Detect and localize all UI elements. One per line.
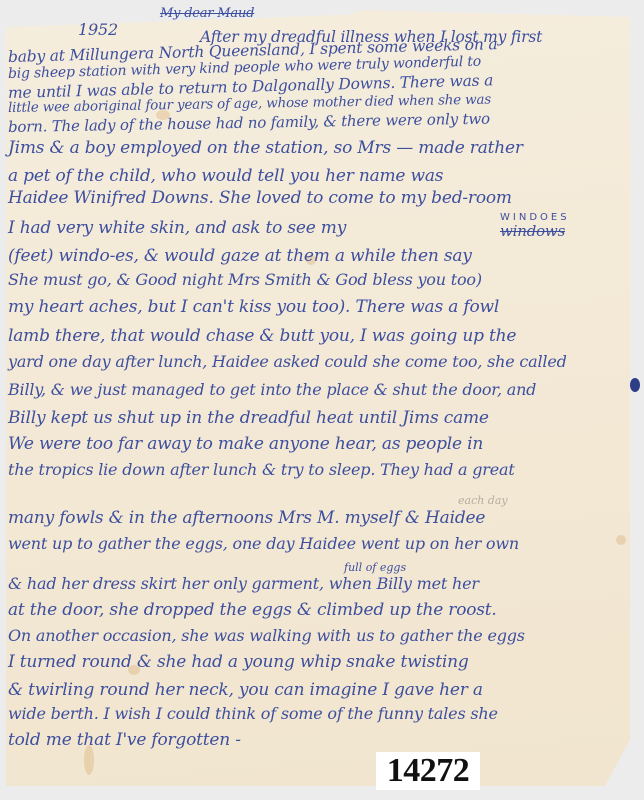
letter-line-23: at the door, she dropped the eggs & clim… (8, 600, 497, 620)
letter-line-12: She must go, & Good night Mrs Smith & Go… (8, 270, 482, 289)
foxing-stain (616, 535, 626, 545)
letter-line-13: my heart aches, but I can't kiss you too… (8, 297, 499, 317)
ink-blot (630, 378, 640, 392)
letter-line-20: many fowls & in the afternoons Mrs M. my… (8, 508, 485, 528)
letter-line-27: wide berth. I wish I could think of some… (8, 704, 498, 723)
letter-line-16: Billy, & we just managed to get into the… (8, 380, 536, 399)
letter-line-19: the tropics lie down after lunch & try t… (8, 460, 515, 479)
letter-line-10: I had very white skin, and ask to see my (8, 218, 346, 238)
letter-line-9: Haidee Winifred Downs. She loved to come… (8, 188, 512, 208)
pencil-note: each day (458, 494, 508, 507)
letter-line-28: told me that I've forgotten - (8, 730, 241, 750)
letter-line-17: Billy kept us shut up in the dreadful he… (8, 408, 489, 428)
letter-line-14: lamb there, that would chase & butt you,… (8, 326, 516, 346)
letter-line-25: I turned round & she had a young whip sn… (8, 652, 469, 672)
letter-line-11: (feet) windo-es, & would gaze at them a … (8, 246, 472, 266)
crossed-out-heading: My dear Maud (160, 6, 254, 21)
letter-line-26: & twirling round her neck, you can imagi… (8, 680, 483, 700)
letter-line-8: a pet of the child, who would tell you h… (8, 166, 443, 186)
crossed-out-word: windows (500, 222, 565, 240)
letter-line-22: & had her dress skirt her only garment, … (8, 574, 479, 593)
letter-line-24: On another occasion, she was walking wit… (8, 626, 525, 645)
letter-line-18: We were too far away to make anyone hear… (8, 434, 483, 454)
catalogue-number-label: 14272 (376, 752, 480, 790)
letter-line-15: yard one day after lunch, Haidee asked c… (8, 352, 567, 371)
full-of-eggs-insertion: full of eggs (344, 561, 406, 574)
letter-line-21: went up to gather the eggs, one day Haid… (8, 534, 519, 553)
letter-year: 1952 (78, 20, 118, 39)
letter-line-7: Jims & a boy employed on the station, so… (8, 138, 523, 158)
